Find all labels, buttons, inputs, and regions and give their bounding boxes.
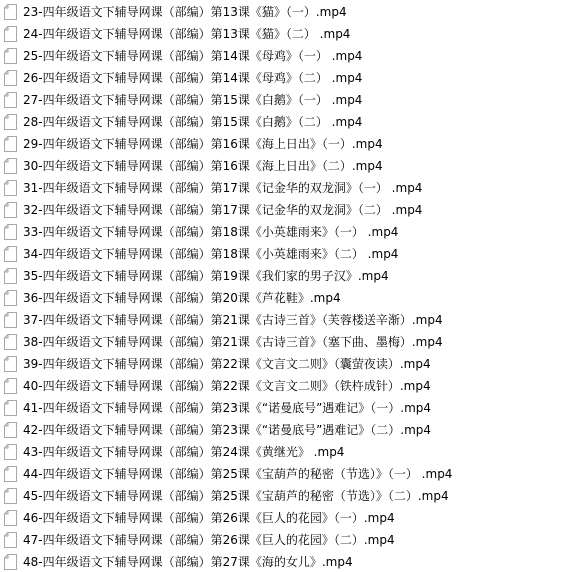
document-icon bbox=[4, 268, 18, 284]
document-icon bbox=[4, 532, 18, 548]
document-icon bbox=[4, 4, 18, 20]
file-name: 32-四年级语文下辅导网课（部编）第17课《记金华的双龙洞》（二） .mp4 bbox=[23, 199, 422, 221]
file-row[interactable]: 23-四年级语文下辅导网课（部编）第13课《猫》（一）.mp4 bbox=[4, 1, 563, 23]
file-name: 48-四年级语文下辅导网课（部编）第27课《海的女儿》.mp4 bbox=[23, 551, 353, 572]
file-name: 26-四年级语文下辅导网课（部编）第14课《母鸡》（二） .mp4 bbox=[23, 67, 362, 89]
file-name: 38-四年级语文下辅导网课（部编）第21课《古诗三首》（塞下曲、墨梅）.mp4 bbox=[23, 331, 443, 353]
file-name: 35-四年级语文下辅导网课（部编）第19课《我们家的男子汉》.mp4 bbox=[23, 265, 389, 287]
document-icon bbox=[4, 466, 18, 482]
document-icon bbox=[4, 422, 18, 438]
document-icon bbox=[4, 444, 18, 460]
document-icon bbox=[4, 180, 18, 196]
file-name: 30-四年级语文下辅导网课（部编）第16课《海上日出》（二）.mp4 bbox=[23, 155, 383, 177]
file-name: 31-四年级语文下辅导网课（部编）第17课《记金华的双龙洞》（一） .mp4 bbox=[23, 177, 422, 199]
file-name: 23-四年级语文下辅导网课（部编）第13课《猫》（一）.mp4 bbox=[23, 1, 347, 23]
file-name: 47-四年级语文下辅导网课（部编）第26课《巨人的花园》（二）.mp4 bbox=[23, 529, 395, 551]
file-row[interactable]: 27-四年级语文下辅导网课（部编）第15课《白鹅》（一） .mp4 bbox=[4, 89, 563, 111]
file-name: 28-四年级语文下辅导网课（部编）第15课《白鹅》（二） .mp4 bbox=[23, 111, 362, 133]
document-icon bbox=[4, 488, 18, 504]
file-name: 42-四年级语文下辅导网课（部编）第23课《“诺曼底号”遇难记》（二）.mp4 bbox=[23, 419, 431, 441]
file-row[interactable]: 33-四年级语文下辅导网课（部编）第18课《小英雄雨来》（一） .mp4 bbox=[4, 221, 563, 243]
file-row[interactable]: 26-四年级语文下辅导网课（部编）第14课《母鸡》（二） .mp4 bbox=[4, 67, 563, 89]
file-name: 24-四年级语文下辅导网课（部编）第13课《猫》（二） .mp4 bbox=[23, 23, 350, 45]
file-row[interactable]: 41-四年级语文下辅导网课（部编）第23课《“诺曼底号”遇难记》（一）.mp4 bbox=[4, 397, 563, 419]
document-icon bbox=[4, 70, 18, 86]
document-icon bbox=[4, 246, 18, 262]
file-name: 43-四年级语文下辅导网课（部编）第24课《黄继光》 .mp4 bbox=[23, 441, 344, 463]
file-row[interactable]: 25-四年级语文下辅导网课（部编）第14课《母鸡》（一） .mp4 bbox=[4, 45, 563, 67]
file-row[interactable]: 30-四年级语文下辅导网课（部编）第16课《海上日出》（二）.mp4 bbox=[4, 155, 563, 177]
file-name: 45-四年级语文下辅导网课（部编）第25课《宝葫芦的秘密（节选）》（二）.mp4 bbox=[23, 485, 449, 507]
document-icon bbox=[4, 356, 18, 372]
document-icon bbox=[4, 26, 18, 42]
file-row[interactable]: 35-四年级语文下辅导网课（部编）第19课《我们家的男子汉》.mp4 bbox=[4, 265, 563, 287]
document-icon bbox=[4, 312, 18, 328]
document-icon bbox=[4, 224, 18, 240]
file-row[interactable]: 48-四年级语文下辅导网课（部编）第27课《海的女儿》.mp4 bbox=[4, 551, 563, 572]
file-name: 27-四年级语文下辅导网课（部编）第15课《白鹅》（一） .mp4 bbox=[23, 89, 362, 111]
file-row[interactable]: 37-四年级语文下辅导网课（部编）第21课《古诗三首》（芙蓉楼送辛渐）.mp4 bbox=[4, 309, 563, 331]
file-name: 41-四年级语文下辅导网课（部编）第23课《“诺曼底号”遇难记》（一）.mp4 bbox=[23, 397, 431, 419]
document-icon bbox=[4, 92, 18, 108]
document-icon bbox=[4, 400, 18, 416]
file-name: 37-四年级语文下辅导网课（部编）第21课《古诗三首》（芙蓉楼送辛渐）.mp4 bbox=[23, 309, 443, 331]
file-row[interactable]: 38-四年级语文下辅导网课（部编）第21课《古诗三首》（塞下曲、墨梅）.mp4 bbox=[4, 331, 563, 353]
file-row[interactable]: 29-四年级语文下辅导网课（部编）第16课《海上日出》（一）.mp4 bbox=[4, 133, 563, 155]
file-row[interactable]: 43-四年级语文下辅导网课（部编）第24课《黄继光》 .mp4 bbox=[4, 441, 563, 463]
file-row[interactable]: 36-四年级语文下辅导网课（部编）第20课《芦花鞋》.mp4 bbox=[4, 287, 563, 309]
file-name: 40-四年级语文下辅导网课（部编）第22课《文言文二则》（铁杵成针）.mp4 bbox=[23, 375, 431, 397]
file-name: 39-四年级语文下辅导网课（部编）第22课《文言文二则》（囊萤夜读）.mp4 bbox=[23, 353, 431, 375]
document-icon bbox=[4, 202, 18, 218]
document-icon bbox=[4, 510, 18, 526]
file-name: 34-四年级语文下辅导网课（部编）第18课《小英雄雨来》（二） .mp4 bbox=[23, 243, 398, 265]
document-icon bbox=[4, 136, 18, 152]
file-name: 25-四年级语文下辅导网课（部编）第14课《母鸡》（一） .mp4 bbox=[23, 45, 362, 67]
file-name: 33-四年级语文下辅导网课（部编）第18课《小英雄雨来》（一） .mp4 bbox=[23, 221, 398, 243]
document-icon bbox=[4, 378, 18, 394]
document-icon bbox=[4, 554, 18, 570]
file-name: 46-四年级语文下辅导网课（部编）第26课《巨人的花园》（一）.mp4 bbox=[23, 507, 395, 529]
file-row[interactable]: 44-四年级语文下辅导网课（部编）第25课《宝葫芦的秘密（节选）》（一） .mp… bbox=[4, 463, 563, 485]
file-row[interactable]: 45-四年级语文下辅导网课（部编）第25课《宝葫芦的秘密（节选）》（二）.mp4 bbox=[4, 485, 563, 507]
file-row[interactable]: 42-四年级语文下辅导网课（部编）第23课《“诺曼底号”遇难记》（二）.mp4 bbox=[4, 419, 563, 441]
document-icon bbox=[4, 158, 18, 174]
document-icon bbox=[4, 114, 18, 130]
file-name: 29-四年级语文下辅导网课（部编）第16课《海上日出》（一）.mp4 bbox=[23, 133, 383, 155]
file-row[interactable]: 40-四年级语文下辅导网课（部编）第22课《文言文二则》（铁杵成针）.mp4 bbox=[4, 375, 563, 397]
file-row[interactable]: 31-四年级语文下辅导网课（部编）第17课《记金华的双龙洞》（一） .mp4 bbox=[4, 177, 563, 199]
file-row[interactable]: 46-四年级语文下辅导网课（部编）第26课《巨人的花园》（一）.mp4 bbox=[4, 507, 563, 529]
file-row[interactable]: 47-四年级语文下辅导网课（部编）第26课《巨人的花园》（二）.mp4 bbox=[4, 529, 563, 551]
file-row[interactable]: 24-四年级语文下辅导网课（部编）第13课《猫》（二） .mp4 bbox=[4, 23, 563, 45]
document-icon bbox=[4, 290, 18, 306]
file-row[interactable]: 28-四年级语文下辅导网课（部编）第15课《白鹅》（二） .mp4 bbox=[4, 111, 563, 133]
file-row[interactable]: 39-四年级语文下辅导网课（部编）第22课《文言文二则》（囊萤夜读）.mp4 bbox=[4, 353, 563, 375]
file-name: 36-四年级语文下辅导网课（部编）第20课《芦花鞋》.mp4 bbox=[23, 287, 341, 309]
file-row[interactable]: 34-四年级语文下辅导网课（部编）第18课《小英雄雨来》（二） .mp4 bbox=[4, 243, 563, 265]
document-icon bbox=[4, 48, 18, 64]
file-name: 44-四年级语文下辅导网课（部编）第25课《宝葫芦的秘密（节选）》（一） .mp… bbox=[23, 463, 452, 485]
file-row[interactable]: 32-四年级语文下辅导网课（部编）第17课《记金华的双龙洞》（二） .mp4 bbox=[4, 199, 563, 221]
file-list: 23-四年级语文下辅导网课（部编）第13课《猫》（一）.mp4 24-四年级语文… bbox=[0, 0, 563, 572]
document-icon bbox=[4, 334, 18, 350]
